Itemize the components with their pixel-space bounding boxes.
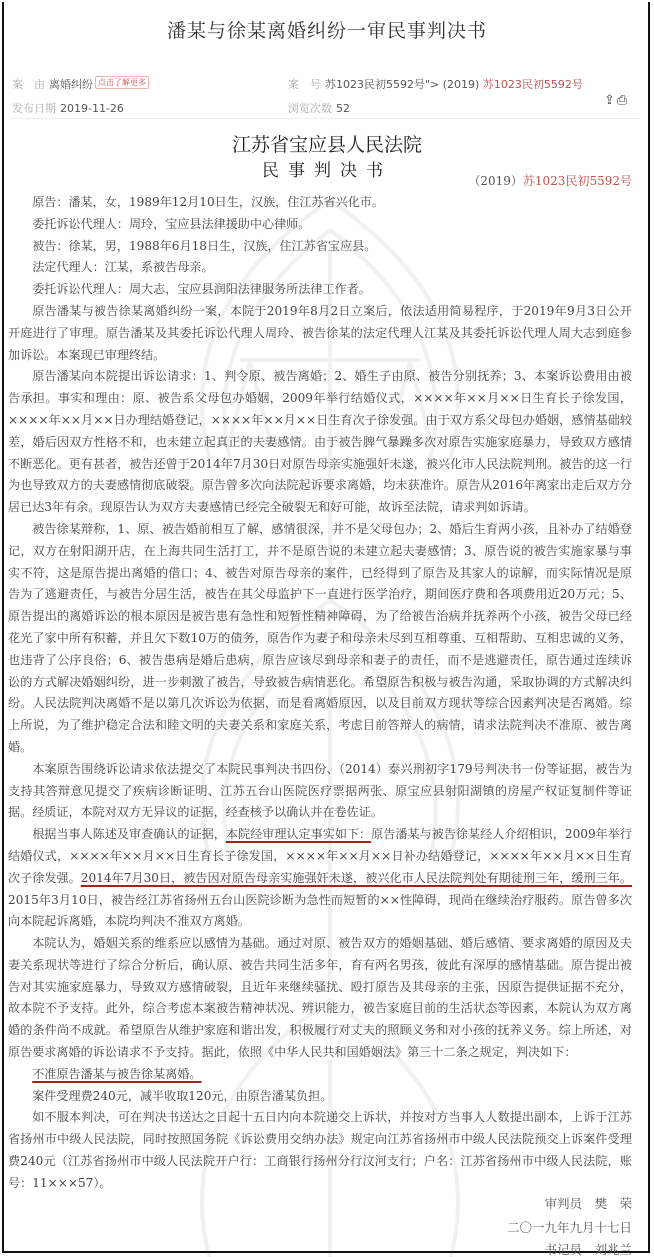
view-count-value: 52 xyxy=(336,102,350,115)
view-count: 浏览次数52 xyxy=(288,100,350,116)
case-procedure: 原告潘某与被告徐某离婚纠纷一案，本院于2019年8月2日立案后，依法适用简易程序… xyxy=(8,301,632,366)
publish-date: 发布日期2019-11-26 xyxy=(12,100,124,116)
plaintiff-claims: 原告潘某向本院提出诉讼请求：1、判令原、被告离婚；2、婚生子由原、被告分别抚养；… xyxy=(8,366,632,519)
court-name: 江苏省宝应县人民法院 xyxy=(0,130,654,157)
publish-date-value: 2019-11-26 xyxy=(60,102,124,115)
defendant-agent: 委托诉讼代理人：周大志，宝应县润阳法律服务所法律工作者。 xyxy=(8,279,632,301)
verdict-highlight: 不准原告潘某与被告徐某离婚。 xyxy=(32,1067,201,1081)
clerk-signature: 书记员 刘兆兰 xyxy=(544,1240,632,1257)
judge-signature: 审判员 樊 荣 xyxy=(544,1194,632,1212)
findings-of-fact: 根据当事人陈述及审查确认的证据，本院经审理认定事实如下：原告潘某与被告徐某经人介… xyxy=(8,824,632,933)
share-icon[interactable]: ⇪ xyxy=(604,93,617,108)
case-number-label: 案 号 xyxy=(288,78,321,91)
court-opinion: 本院认为，婚姻关系的维系应以感情为基础。通过对原、被告双方的婚姻基础、婚后感情、… xyxy=(8,933,632,1064)
plaintiff-info: 原告：潘某，女，1989年12月10日生，汉族，住江苏省兴化市。 xyxy=(8,192,632,214)
defendant-info: 被告：徐某，男，1988年6月18日生，汉族，住江苏省宝应县。 xyxy=(8,236,632,258)
page-title: 潘某与徐某离婚纠纷一审民事判决书 xyxy=(0,16,654,43)
evidence: 本案原告围绕诉讼请求依法提交了本院民事判决书四份、（2014）泰兴刑初字179号… xyxy=(8,759,632,824)
case-fee: 案件受理费240元，减半收取120元，由原告潘某负担。 xyxy=(8,1086,632,1108)
case-ref-year: （2019） xyxy=(468,174,523,188)
appeal-notice: 如不服本判决，可在判决书送达之日起十五日内向本院递交上诉状，并按对方当事人人数提… xyxy=(8,1107,632,1194)
case-cause: 案 由离婚纠纷点击了解更多 xyxy=(12,76,149,92)
case-number-raw: 苏1023民初5592号"> xyxy=(325,78,439,91)
case-reference: （2019）苏1023民初5592号 xyxy=(468,172,632,189)
defendant-defense: 被告徐某辩称，1、原、被告婚前相互了解，感情很深，并不是父母包办；2、婚后生育两… xyxy=(8,519,632,759)
print-icon[interactable]: ⎙ xyxy=(617,93,629,108)
legal-representative: 法定代理人：江某，系被告母亲。 xyxy=(8,257,632,279)
findings-highlight: 本院经审理认定事实如下： xyxy=(226,827,371,841)
view-count-label: 浏览次数 xyxy=(288,102,332,115)
case-ref-number: 苏1023民初5592号 xyxy=(523,174,632,188)
findings-continued: 2015年3月10日，被告经江苏省扬州五台山医院诊断为急性而短暂的××性障碍，现… xyxy=(8,893,632,929)
criminal-record-highlight: 2014年7月30日，被告因对原告母亲实施强奸未遂，被兴化市人民法院判处有期徒刑… xyxy=(81,871,632,885)
publish-date-label: 发布日期 xyxy=(12,102,56,115)
case-cause-value: 离婚纠纷 xyxy=(49,78,93,91)
learn-more-link[interactable]: 点击了解更多 xyxy=(95,76,149,89)
plaintiff-agent: 委托诉讼代理人：周玲，宝应县法律援助中心律师。 xyxy=(8,214,632,236)
action-icons: ⇪⎙ xyxy=(604,93,629,108)
case-cause-label: 案 由 xyxy=(12,78,45,91)
verdict: 不准原告潘某与被告徐某离婚。 xyxy=(8,1064,632,1086)
judgment-date: 二〇一九年九月十七日 xyxy=(507,1218,632,1236)
case-number: 案 号苏1023民初5592号"> (2019) 苏1023民初5592号 xyxy=(288,76,583,92)
case-number-value: 苏1023民初5592号 xyxy=(483,78,583,91)
header-divider xyxy=(10,118,640,119)
findings-intro: 根据当事人陈述及审查确认的证据， xyxy=(32,827,226,841)
case-number-year: (2019) xyxy=(443,78,480,91)
judgment-body: 原告：潘某，女，1989年12月10日生，汉族，住江苏省兴化市。 委托诉讼代理人… xyxy=(8,192,632,1195)
